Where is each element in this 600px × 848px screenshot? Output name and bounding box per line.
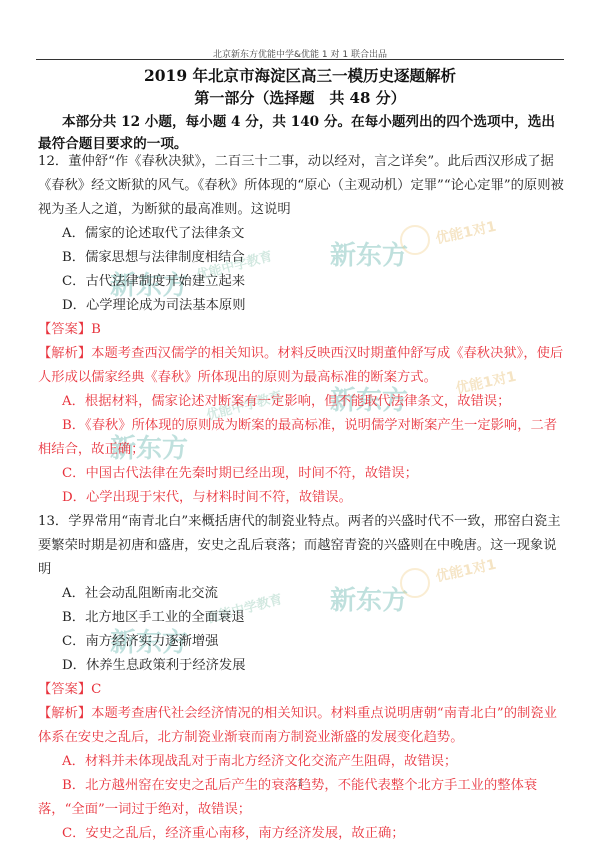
analysis-text: 【解析】本题考查西汉儒学的相关知识。材料反映西汉时期董仲舒写成《春秋决狱》，使后…: [38, 342, 568, 390]
question-option: D．休养生息政策利于经济发展: [62, 654, 246, 678]
question-option: C．南方经济实力逐渐增强: [62, 630, 218, 654]
question-stem: 12．董仲舒“作《春秋决狱》，二百三十二事，动以经对，言之详矣”。此后西汉形成了…: [38, 150, 568, 222]
option-explanation: C．中国古代法律在先秦时期已经出现，时间不符，故错误；: [62, 462, 568, 486]
page-number: 1: [0, 779, 600, 789]
question-option: A．社会动乱阻断南北交流: [62, 582, 218, 606]
question-option: B．儒家思想与法律制度相结合: [62, 246, 245, 270]
option-explanation: A．材料并未体现战乱对于南北方经济文化交流产生阻碍，故错误；: [62, 750, 568, 774]
option-explanation: B．《春秋》所体现的原则成为断案的最高标准，说明儒学对断案产生一定影响，二者相结…: [38, 414, 568, 462]
page-title: 2019 年北京市海淀区高三一模历史逐题解析: [0, 64, 600, 86]
xdf-watermark: 新东方: [330, 235, 408, 272]
header-divider: [36, 59, 564, 60]
xdf-watermark: 新东方: [330, 580, 408, 617]
question-stem: 13．学界常用“南青北白”来概括唐代的制瓷业特点。两者的兴盛时代不一致，邢窑白瓷…: [38, 510, 568, 582]
answer-label: 【答案】B: [38, 318, 101, 342]
option-explanation: D．心学出现于宋代，与材料时间不符，故错误。: [62, 486, 568, 510]
section-subtitle: 第一部分（选择题 共 48 分）: [0, 87, 600, 108]
question-option: A．儒家的论述取代了法律条文: [62, 222, 244, 246]
option-explanation: C．安史之乱后，经济重心南移，南方经济发展，故正确；: [62, 822, 568, 846]
document-page: 新东方 优能1对1 优能中学教育 新东方 新东方 优能1对1 优能中学教育 新东…: [0, 0, 600, 848]
answer-label: 【答案】C: [38, 678, 101, 702]
question-option: B．北方地区手工业的全面衰退: [62, 606, 245, 630]
question-option: C．古代法律制度开始建立起来: [62, 270, 245, 294]
youneng-logo-icon: [400, 225, 430, 255]
question-option: D．心学理论成为司法基本原则: [62, 294, 246, 318]
section-instructions: 本部分共 12 小题，每小题 4 分，共 140 分。在每小题列出的四个选项中，…: [38, 111, 568, 155]
option-explanation: A．根据材料，儒家论述对断案有一定影响，但不能取代法律条文，故错误；: [62, 390, 568, 414]
analysis-text: 【解析】本题考查唐代社会经济情况的相关知识。材料重点说明唐朝“南青北白”的制瓷业…: [38, 702, 568, 750]
